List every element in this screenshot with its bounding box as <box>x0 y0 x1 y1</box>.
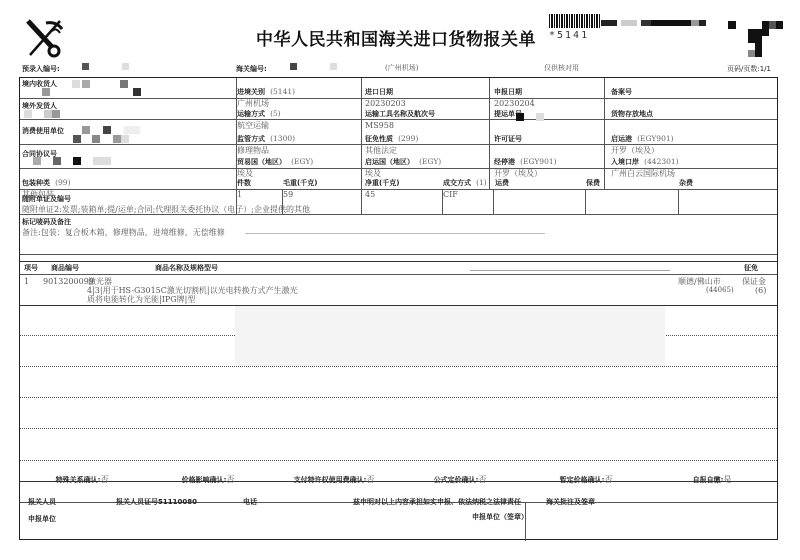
redacted-block <box>121 135 129 143</box>
redacted-block <box>92 135 100 143</box>
import-date-label: 进口日期 <box>365 88 393 96</box>
supervision-label: 监管方式 <box>237 135 265 143</box>
levy-nature-code: (299) <box>398 134 418 143</box>
redacted-block <box>93 157 111 165</box>
license-no-field: 许可证号 <box>494 126 522 145</box>
redacted-block <box>24 110 32 118</box>
transit-port-code: (EGY901) <box>520 157 556 166</box>
redacted-block <box>120 80 128 88</box>
redacted-header-text <box>470 263 670 271</box>
redacted-block <box>290 63 297 70</box>
form-title: 中华人民共和国海关进口货物报关单 <box>256 25 536 50</box>
insurance-field: 保费 <box>586 170 600 189</box>
pieces-label: 件数 <box>237 179 251 187</box>
net-weight-label: 净重(千克) <box>365 179 399 187</box>
legal-statement: 兹申明对以上内容承担如实申报、依法纳税之法律责任 <box>353 497 521 507</box>
trade-country-label: 贸易国（地区） <box>237 158 286 166</box>
entry-port-label: 入境口岸 <box>611 158 639 166</box>
record-no-field: 备案号 <box>611 79 632 98</box>
consumer-unit-label: 消费使用单位 <box>22 126 64 136</box>
entry-port-value: 广州白云国际机场 <box>611 168 679 179</box>
levy-nature-label: 征免性质 <box>365 135 393 143</box>
declaring-unit-label: 申报单位 <box>28 514 56 524</box>
goods-item-levy-code: (6) <box>755 285 766 296</box>
goods-header-name: 商品名称及规格型号 <box>155 263 218 273</box>
redacted-block <box>82 126 90 134</box>
redacted-block <box>601 20 617 26</box>
customs-location: (广州机场) <box>385 63 418 73</box>
origin-country-label: 启运国（地区） <box>365 158 414 166</box>
confirm-price-impact: 价格影响确认:否 <box>145 467 271 485</box>
confirm-formula-price: 公式定价确认:否 <box>397 467 523 485</box>
entry-customs-label: 进境关别 <box>237 88 265 96</box>
redacted-block <box>113 135 121 143</box>
goods-item-no: 1 <box>24 276 29 287</box>
confirmations-row: 特殊关系确认:否 价格影响确认:否 支付特许权使用费确认:否 公式定价确认:否 … <box>19 467 778 485</box>
confirm-special-relation: 特殊关系确认:否 <box>19 467 145 485</box>
verify-note: 仅供核对用 <box>544 63 579 73</box>
license-no-label: 许可证号 <box>494 135 522 143</box>
redacted-block <box>42 88 50 96</box>
package-type-label: 包装种类 <box>22 179 50 187</box>
confirm-royalty: 支付特许权使用费确认:否 <box>271 467 397 485</box>
redacted-block <box>621 20 637 26</box>
page-info: 页码/页数:1/1 <box>727 64 771 74</box>
net-weight-value: 45 <box>365 189 399 200</box>
package-type-code: (99) <box>55 178 70 187</box>
redacted-block <box>122 63 129 70</box>
storage-place-label: 货物存放地点 <box>611 110 653 118</box>
goods-header-no: 项号 <box>24 263 38 273</box>
barcode-icon <box>549 14 601 28</box>
supervision-code: (1300) <box>270 134 295 143</box>
remarks-label: 标记唛码及备注 <box>22 217 225 227</box>
transit-port-label: 经停港 <box>494 158 515 166</box>
customs-approval-label: 海关批注及签章 <box>546 497 595 507</box>
insurance-label: 保费 <box>586 179 600 187</box>
redacted-block <box>691 20 699 26</box>
redacted-block <box>72 80 80 88</box>
redacted-block <box>330 63 337 70</box>
departure-port-code: (EGY901) <box>637 134 673 143</box>
goods-header-levy: 征免 <box>744 263 758 273</box>
confirm-provisional-price: 暂定价格确认:否 <box>523 467 649 485</box>
transport-mode-code: (5) <box>270 109 281 118</box>
confirm-self-pay: 自报自缴:是 <box>649 467 775 485</box>
departure-port-label: 启运港 <box>611 135 632 143</box>
trade-country-code: (EGY) <box>291 157 313 166</box>
transaction-mode-value: CIF <box>443 189 487 200</box>
seal-label: 申报单位（签章） <box>472 512 528 522</box>
customs-no-label: 海关编号: <box>236 64 267 74</box>
entry-port-code: (442301) <box>644 157 678 166</box>
redacted-block <box>82 80 90 88</box>
redacted-block <box>516 113 524 121</box>
attached-docs-value: 随附单证2:发票;装箱单;提/运单;合同;代理报关委托协议（电子）;企业提供的其… <box>22 204 310 215</box>
remarks-field: 标记唛码及备注 备注:包装：复合板木箱，修理物品，进境维修，无偿维修 <box>22 217 225 238</box>
entry-port-field: 入境口岸 (442301) 广州白云国际机场 <box>611 149 679 179</box>
transaction-mode-field: 成交方式 (1) CIF <box>443 170 487 200</box>
redacted-block <box>651 20 691 26</box>
misc-fee-label: 杂费 <box>679 179 693 187</box>
redacted-block <box>641 20 651 26</box>
transaction-mode-label: 成交方式 <box>443 179 471 187</box>
attached-docs-field: 随附单证及编号 随附单证2:发票;装箱单;提/运单;合同;代理报关委托协议（电子… <box>22 194 310 215</box>
preentry-no-label: 预录入编号: <box>22 64 60 74</box>
redacted-block <box>73 135 81 143</box>
entry-customs-code: (5141) <box>270 87 295 96</box>
misc-fee-field: 杂费 <box>679 170 693 189</box>
qr-code-icon <box>726 20 786 60</box>
redacted-block <box>52 110 60 118</box>
goods-header-code: 商品编号 <box>51 263 79 273</box>
redacted-block <box>536 113 544 121</box>
redacted-block <box>103 126 111 134</box>
redacted-block <box>53 157 61 165</box>
record-no-label: 备案号 <box>611 88 632 96</box>
transport-mode-label: 运输方式 <box>237 110 265 118</box>
gross-weight-label: 毛重(千克) <box>283 179 317 187</box>
consignee-label: 境内收货人 <box>22 79 57 89</box>
redacted-block <box>82 63 89 70</box>
attached-docs-label: 随附单证及编号 <box>22 194 310 204</box>
barcode-number: *5141 <box>549 30 589 41</box>
net-weight-field: 净重(千克) 45 <box>365 170 399 200</box>
transaction-mode-code: (1) <box>476 178 487 187</box>
declarant-label: 报关人员 <box>28 497 56 507</box>
redacted-area <box>235 306 665 366</box>
customs-emblem-icon <box>22 15 66 59</box>
remarks-value: 备注:包装：复合板木箱，修理物品，进境维修，无偿维修 <box>22 227 225 238</box>
redacted-scribble <box>245 233 545 236</box>
redacted-block <box>133 88 141 96</box>
origin-country-code: (EGY) <box>419 157 441 166</box>
redacted-block <box>73 157 81 165</box>
redacted-block <box>44 110 52 118</box>
goods-item-spec-line2: 质将电能转化为光能|IPG牌|型 <box>87 294 195 305</box>
redacted-block <box>699 20 706 26</box>
declare-date-label: 申报日期 <box>494 88 522 96</box>
goods-item-destination-code: (44065) <box>706 285 734 296</box>
redacted-block <box>33 157 41 165</box>
storage-place-field: 货物存放地点 <box>611 101 653 120</box>
phone-label: 电话 <box>243 497 257 507</box>
freight-field: 运费 <box>495 170 509 189</box>
declarant-cert: 报关人员证号51110080 <box>116 497 197 507</box>
freight-label: 运费 <box>495 179 509 187</box>
redacted-block <box>124 126 140 134</box>
vehicle-label: 运输工具名称及航次号 <box>365 110 435 118</box>
